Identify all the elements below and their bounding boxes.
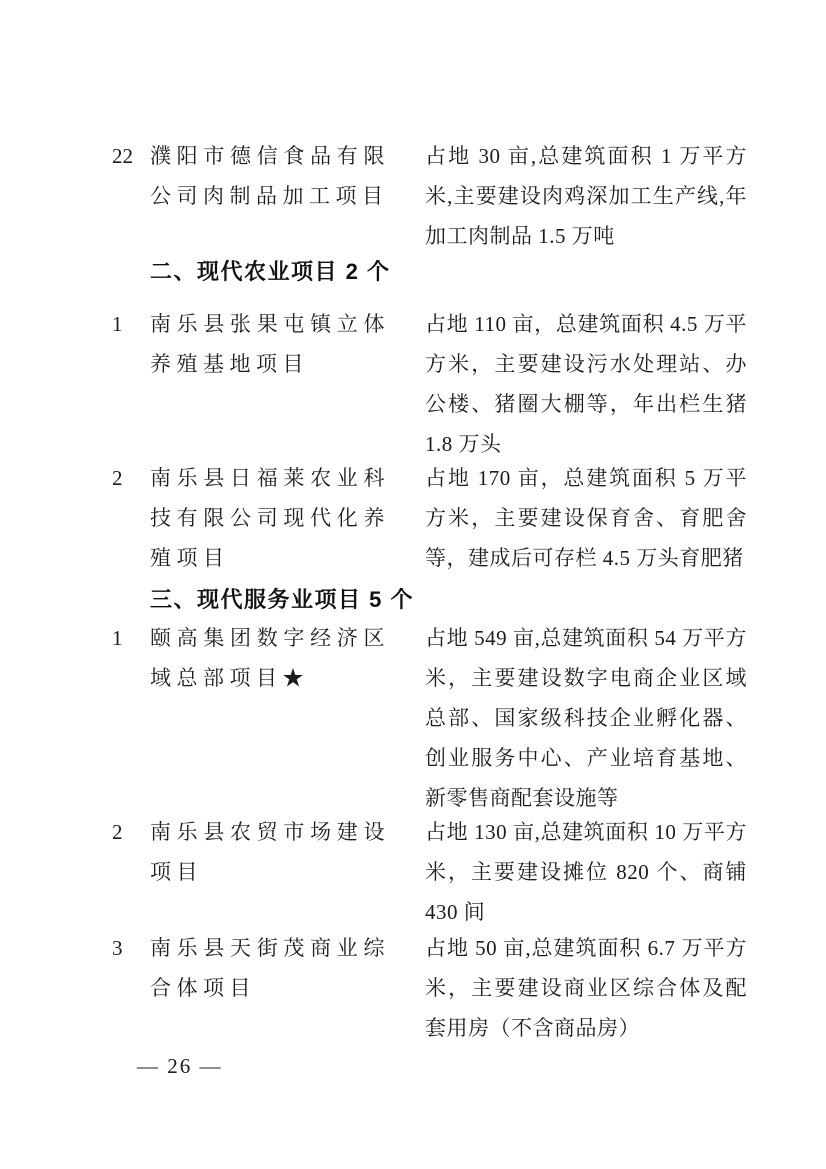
project-name: 南乐县天街茂商业综合体项目 — [150, 928, 390, 1008]
item-number: 2 — [112, 458, 148, 498]
item-number: 22 — [112, 136, 148, 176]
project-name: 南乐县张果屯镇立体养殖基地项目 — [150, 304, 390, 384]
item-number: 1 — [112, 304, 148, 344]
page-number: — 26 — — [137, 1046, 223, 1086]
project-name: 南乐县农贸市场建设项目 — [150, 812, 390, 892]
project-description: 占地 170 亩，总建筑面积 5 万平方米，主要建设保育舍、育肥舍等，建成后可存… — [425, 458, 747, 578]
project-description: 占地 549 亩,总建筑面积 54 万平方米，主要建设数字电商企业区域总部、国家… — [425, 618, 747, 818]
item-number: 1 — [112, 618, 148, 658]
project-description: 占地 30 亩,总建筑面积 1 万平方米,主要建设肉鸡深加工生产线,年加工肉制品… — [425, 136, 747, 256]
project-name: 濮阳市德信食品有限公司肉制品加工项目 — [150, 136, 390, 216]
section-heading-services: 三、现代服务业项目 5 个 — [150, 580, 414, 620]
item-number: 3 — [112, 928, 148, 968]
project-description: 占地 50 亩,总建筑面积 6.7 万平方米，主要建设商业区综合体及配套用房（不… — [425, 928, 747, 1048]
project-name: 南乐县日福莱农业科技有限公司现代化养殖项目 — [150, 458, 390, 578]
project-name: 颐高集团数字经济区域总部项目★ — [150, 618, 390, 698]
project-description: 占地 110 亩，总建筑面积 4.5 万平方米，主要建设污水处理站、办公楼、猪圈… — [425, 304, 747, 464]
document-page: 22 濮阳市德信食品有限公司肉制品加工项目 占地 30 亩,总建筑面积 1 万平… — [0, 0, 826, 1169]
section-heading-agriculture: 二、现代农业项目 2 个 — [150, 252, 390, 292]
item-number: 2 — [112, 812, 148, 852]
project-description: 占地 130 亩,总建筑面积 10 万平方米，主要建设摊位 820 个、商铺 4… — [425, 812, 747, 932]
